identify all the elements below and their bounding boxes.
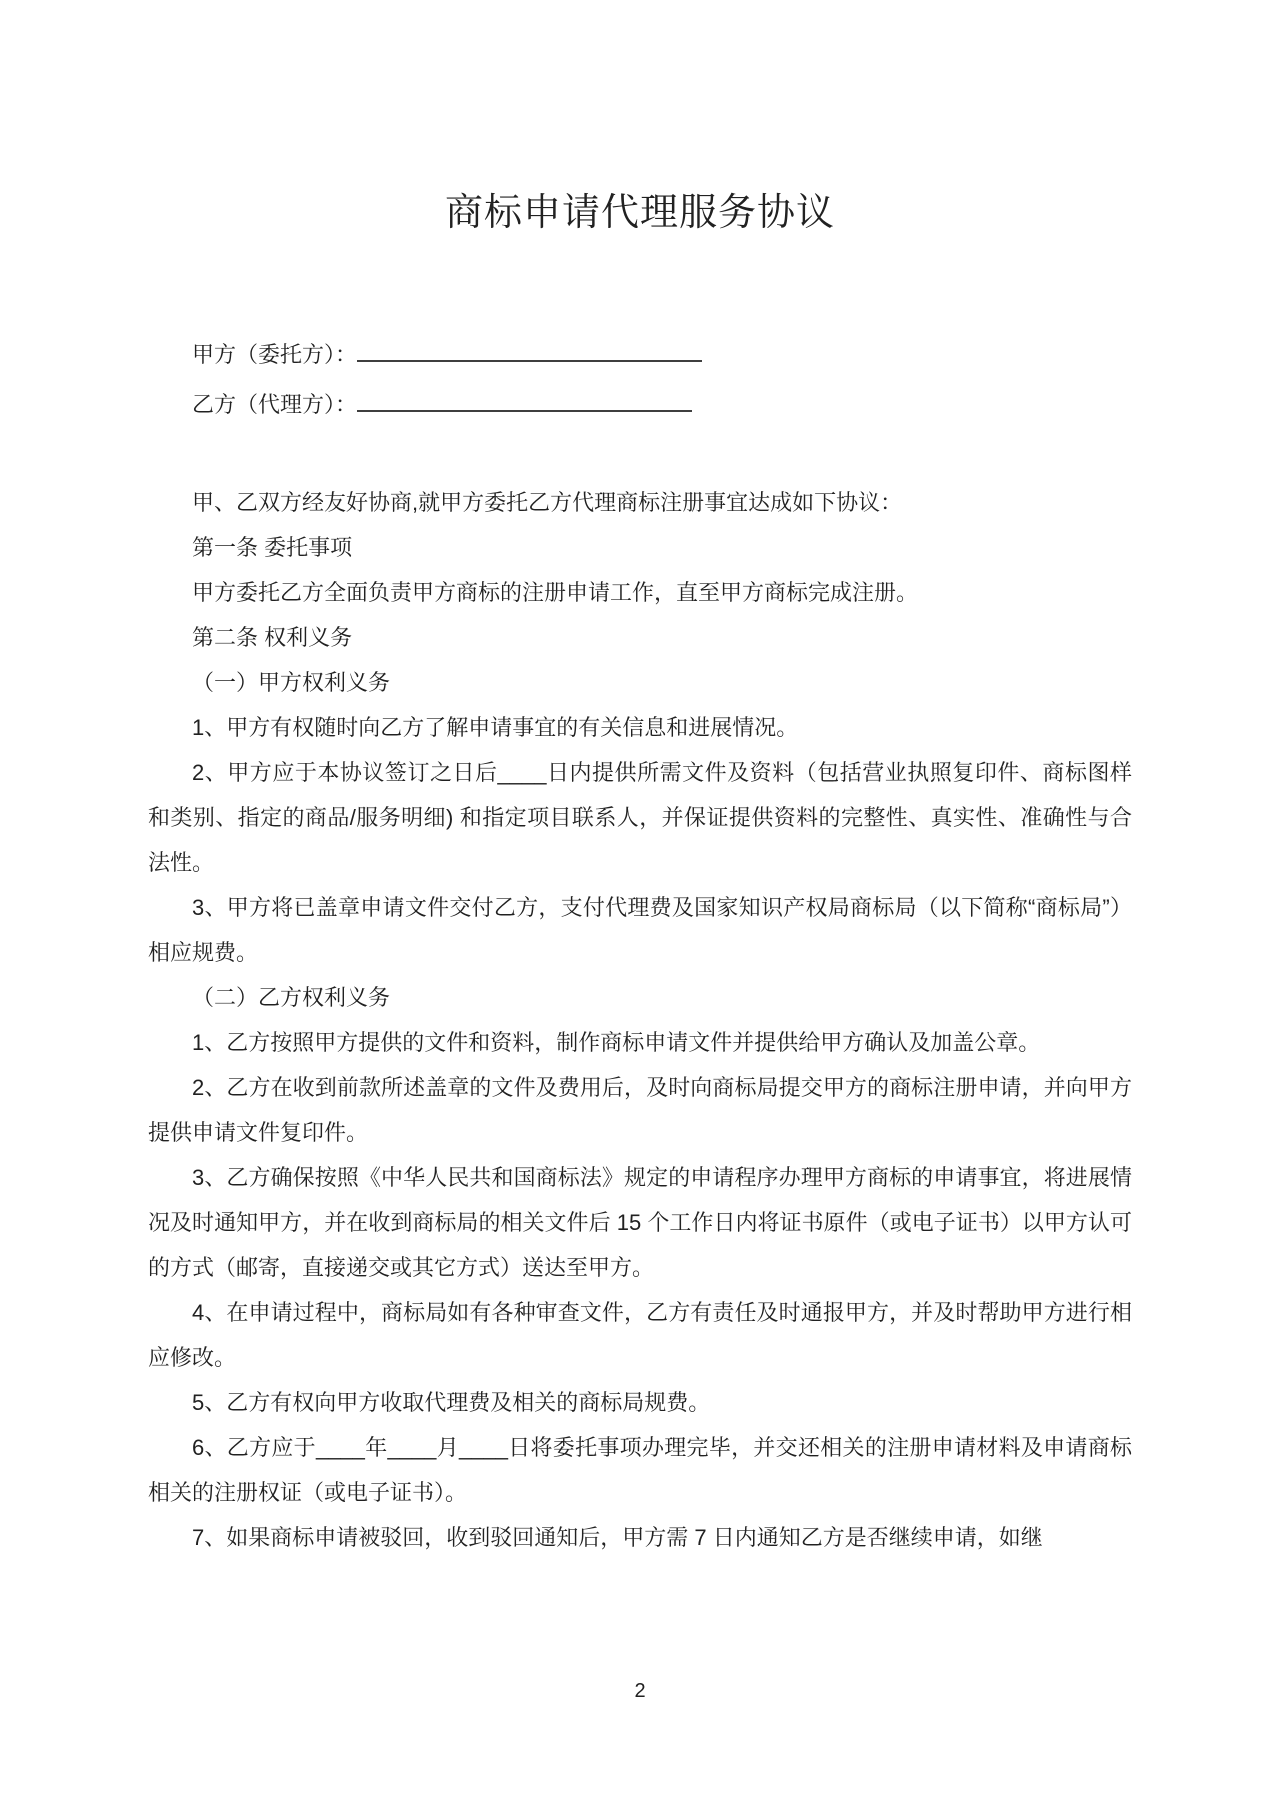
document-content: 商标申请代理服务协议 甲方（委托方）： 乙方（代理方）： 甲、乙双方经友好协商,… <box>148 186 1132 1560</box>
page-number: 2 <box>0 1678 1280 1704</box>
clauses-block: 第一条 委托事项 甲方委托乙方全面负责甲方商标的注册申请工作，直至甲方商标完成注… <box>148 525 1132 1560</box>
clause-paragraph: 1、乙方按照甲方提供的文件和资料，制作商标申请文件并提供给甲方确认及加盖公章。 <box>148 1020 1132 1065</box>
clause-paragraph: 甲方委托乙方全面负责甲方商标的注册申请工作，直至甲方商标完成注册。 <box>148 570 1132 615</box>
clause-subheading-party-b: （二）乙方权利义务 <box>148 975 1132 1020</box>
clause-paragraph: 6、乙方应于____年____月____日将委托事项办理完毕，并交还相关的注册申… <box>148 1425 1132 1515</box>
document-page: 商标申请代理服务协议 甲方（委托方）： 乙方（代理方）： 甲、乙双方经友好协商,… <box>0 0 1280 1810</box>
parties-block: 甲方（委托方）： 乙方（代理方）： <box>148 330 1132 430</box>
clause-paragraph: 2、乙方在收到前款所述盖章的文件及费用后，及时向商标局提交甲方的商标注册申请，并… <box>148 1065 1132 1155</box>
clause-paragraph: 4、在申请过程中，商标局如有各种审查文件，乙方有责任及时通报甲方，并及时帮助甲方… <box>148 1290 1132 1380</box>
clause-paragraph: 3、乙方确保按照《中华人民共和国商标法》规定的申请程序办理甲方商标的申请事宜，将… <box>148 1155 1132 1290</box>
clause-heading-1: 第一条 委托事项 <box>148 525 1132 570</box>
party-a-line: 甲方（委托方）： <box>148 330 1132 380</box>
page-title: 商标申请代理服务协议 <box>148 186 1132 240</box>
clause-paragraph: 5、乙方有权向甲方收取代理费及相关的商标局规费。 <box>148 1380 1132 1425</box>
party-b-underline <box>357 388 692 412</box>
clause-subheading-party-a: （一）甲方权利义务 <box>148 660 1132 705</box>
clause-heading-2: 第二条 权利义务 <box>148 615 1132 660</box>
clause-paragraph: 7、如果商标申请被驳回，收到驳回通知后，甲方需 7 日内通知乙方是否继续申请，如… <box>148 1515 1132 1560</box>
intro-paragraph: 甲、乙双方经友好协商,就甲方委托乙方代理商标注册事宜达成如下协议： <box>148 480 1132 525</box>
party-b-label: 乙方（代理方）： <box>192 392 357 417</box>
clause-paragraph: 2、甲方应于本协议签订之日后____日内提供所需文件及资料（包括营业执照复印件、… <box>148 750 1132 885</box>
clause-paragraph: 1、甲方有权随时向乙方了解申请事宜的有关信息和进展情况。 <box>148 705 1132 750</box>
party-a-label: 甲方（委托方）： <box>192 342 357 367</box>
party-b-line: 乙方（代理方）： <box>148 380 1132 430</box>
clause-paragraph: 3、甲方将已盖章申请文件交付乙方，支付代理费及国家知识产权局商标局（以下简称“商… <box>148 885 1132 975</box>
party-a-underline <box>357 338 702 362</box>
